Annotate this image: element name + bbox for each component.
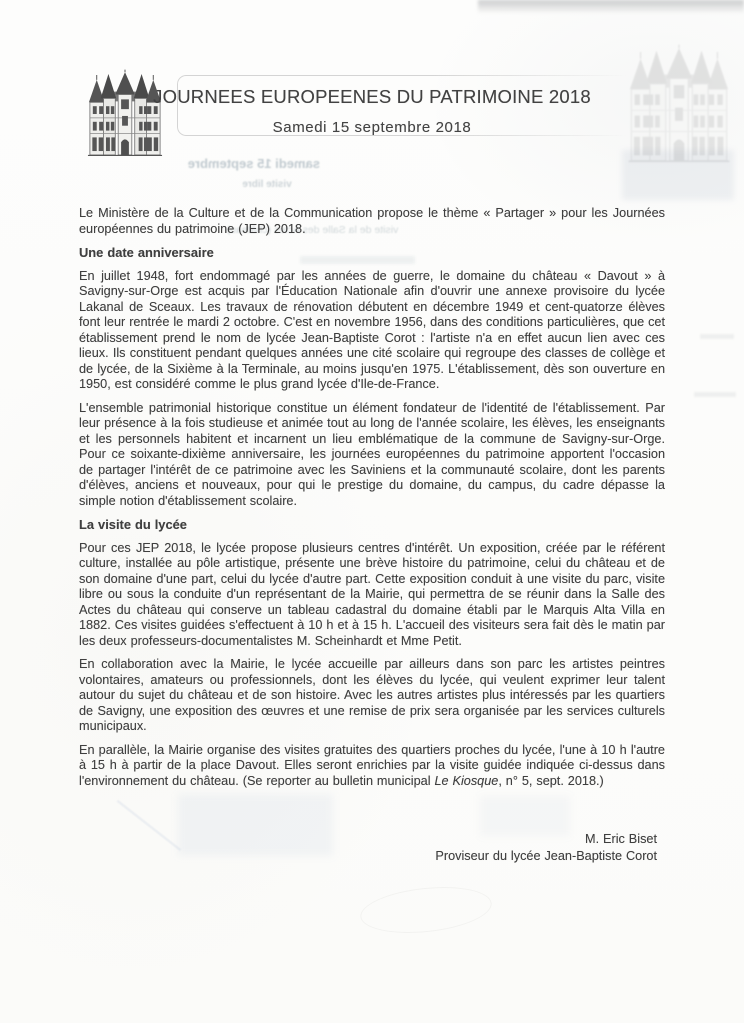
bleedthrough-text-visite-libre: visite libre [232, 179, 302, 190]
bleedthrough-text-date: samedi 15 septembre [190, 156, 320, 171]
document-title: JOURNEES EUROPEENES DU PATRIMOINE 2018 [0, 86, 744, 108]
bleedthrough-margin-mark [694, 392, 736, 397]
section-heading-une-date-anniversaire: Une date anniversaire [79, 245, 665, 261]
intro-paragraph: Le Ministère de la Culture et de la Comm… [79, 206, 665, 237]
document-date: Samedi 15 septembre 2018 [0, 119, 744, 136]
paragraph-artistes-peintres: En collaboration avec la Mairie, le lycé… [79, 657, 665, 735]
bleedthrough-margin-mark [700, 334, 734, 339]
scanned-letter-page: samedi 15 septembre visite libre visite … [0, 0, 744, 1023]
signatory-name: M. Eric Biset [79, 831, 657, 848]
bleedthrough-block [622, 150, 734, 200]
signature-block: M. Eric Biset Proviseur du lycée Jean-Ba… [79, 831, 665, 864]
signatory-role: Proviseur du lycée Jean-Baptiste Corot [79, 848, 657, 865]
scan-swirl-mark [358, 881, 494, 939]
paragraph-visites-mairie: En parallèle, la Mairie organise des vis… [79, 743, 665, 790]
scan-smudge-top-right [478, 0, 744, 13]
paragraph-visites-mairie-end: , n° 5, sept. 2018.) [498, 774, 603, 788]
bulletin-title-italic: Le Kiosque [434, 774, 498, 788]
paragraph-patrimoine-identity: L'ensemble patrimonial historique consti… [79, 401, 665, 510]
paragraph-visite-expo: Pour ces JEP 2018, le lycée propose plus… [79, 541, 665, 650]
letter-body: Le Ministère de la Culture et de la Comm… [79, 206, 665, 864]
section-heading-la-visite-du-lycee: La visite du lycée [79, 517, 665, 533]
paragraph-history-1948: En juillet 1948, fort endommagé par les … [79, 269, 665, 393]
chateau-logo-icon [86, 68, 164, 160]
